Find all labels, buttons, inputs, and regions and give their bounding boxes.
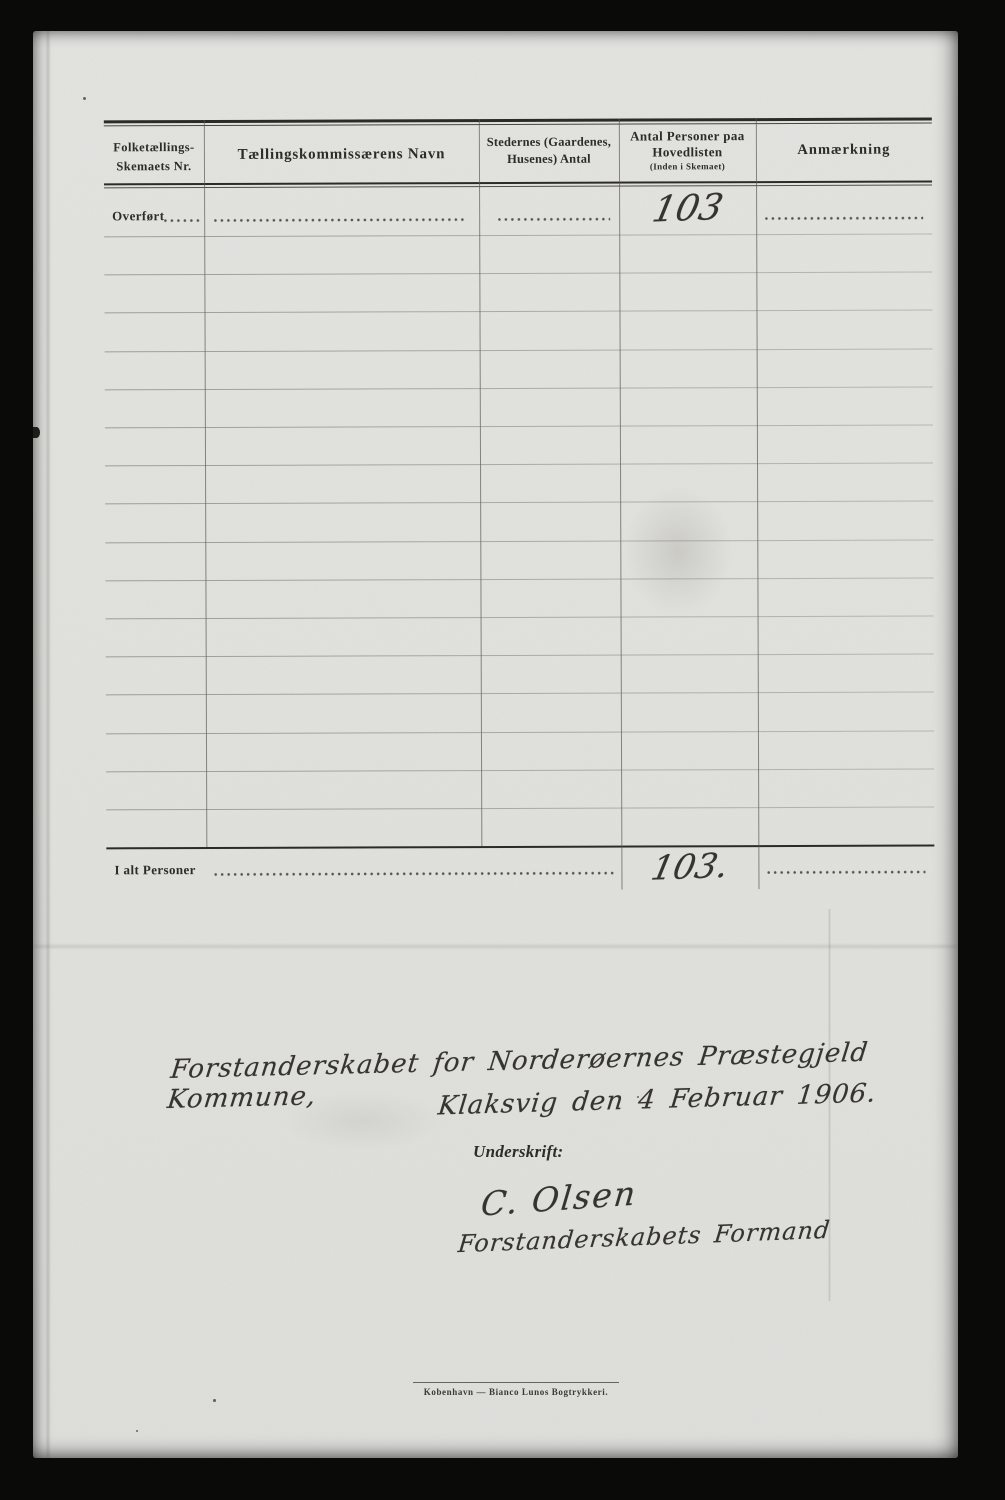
overfort-antal-personer-value: 103 bbox=[614, 186, 761, 232]
table-row-line bbox=[106, 654, 934, 658]
col-header-antal-personer: Antal Personer paa Hovedlisten (Inden i … bbox=[619, 128, 756, 172]
table-row-line bbox=[106, 768, 934, 772]
col-header-skema-nr: Folketællings- Skemaets Nr. bbox=[104, 138, 204, 175]
scan-black-surround: { "document": { "table": { "headers": { … bbox=[0, 0, 1005, 1500]
table-row-line bbox=[106, 806, 934, 810]
leader-dots bbox=[214, 872, 614, 876]
column-divider-2 bbox=[479, 119, 483, 846]
table-row-line bbox=[105, 348, 933, 352]
table-row-line bbox=[105, 577, 933, 581]
col-header-anmaerkning-text: Anmærkning bbox=[797, 142, 890, 158]
column-divider-1 bbox=[204, 120, 208, 847]
table-row-line bbox=[106, 730, 934, 734]
leader-dots bbox=[214, 218, 466, 222]
col-header-steder-line1: Stedernes (Gaardenes, bbox=[479, 134, 619, 151]
col-header-anmaerkning: Anmærkning bbox=[756, 141, 932, 159]
table-row-line bbox=[105, 501, 933, 505]
col-header-skema-nr-line1: Folketællings- bbox=[104, 138, 204, 157]
empty-row-lines bbox=[32, 29, 957, 32]
table-row-line bbox=[105, 539, 933, 543]
col-header-steder-line2: Husenes) Antal bbox=[479, 151, 619, 168]
table-row-line bbox=[105, 463, 933, 467]
col-header-skema-nr-line2: Skemaets Nr. bbox=[104, 157, 204, 176]
col-header-antal-line2: Hovedlisten bbox=[619, 144, 756, 160]
table-top-rule-2 bbox=[104, 122, 932, 126]
leader-dots bbox=[498, 218, 610, 221]
total-row-rule bbox=[106, 844, 934, 849]
col-header-antal-line3: (Inden i Skemaet) bbox=[619, 160, 756, 172]
document-page: Folketællings- Skemaets Nr. Tællingskomm… bbox=[33, 31, 958, 1458]
col-header-antal-line1: Antal Personer paa bbox=[619, 128, 756, 144]
total-antal-personer-value: 103. bbox=[617, 845, 764, 890]
col-header-kommissaer-navn: Tællingskommissærens Navn bbox=[204, 146, 479, 164]
col-header-steder-antal: Stedernes (Gaardenes, Husenes) Antal bbox=[479, 134, 619, 168]
table-row-line bbox=[104, 310, 932, 314]
overfort-label: Overført bbox=[112, 208, 164, 224]
underskrift-label: Underskrift: bbox=[473, 1142, 564, 1162]
table-row-line bbox=[104, 272, 932, 276]
leader-dots bbox=[767, 871, 925, 875]
col-header-kommissaer-navn-text: Tællingskommissærens Navn bbox=[238, 146, 446, 163]
table-row-line bbox=[105, 424, 933, 428]
table-row-line bbox=[105, 386, 933, 390]
table-row-line bbox=[106, 615, 934, 619]
total-label: I alt Personer bbox=[114, 862, 195, 878]
leader-dots bbox=[765, 217, 923, 221]
table-row-line bbox=[104, 233, 932, 237]
leader-dots bbox=[164, 219, 202, 222]
table-row-line bbox=[106, 692, 934, 696]
printer-imprint: Kobenhavn — Bianco Lunos Bogtrykkeri. bbox=[401, 1387, 631, 1397]
footer-rule bbox=[413, 1382, 619, 1383]
